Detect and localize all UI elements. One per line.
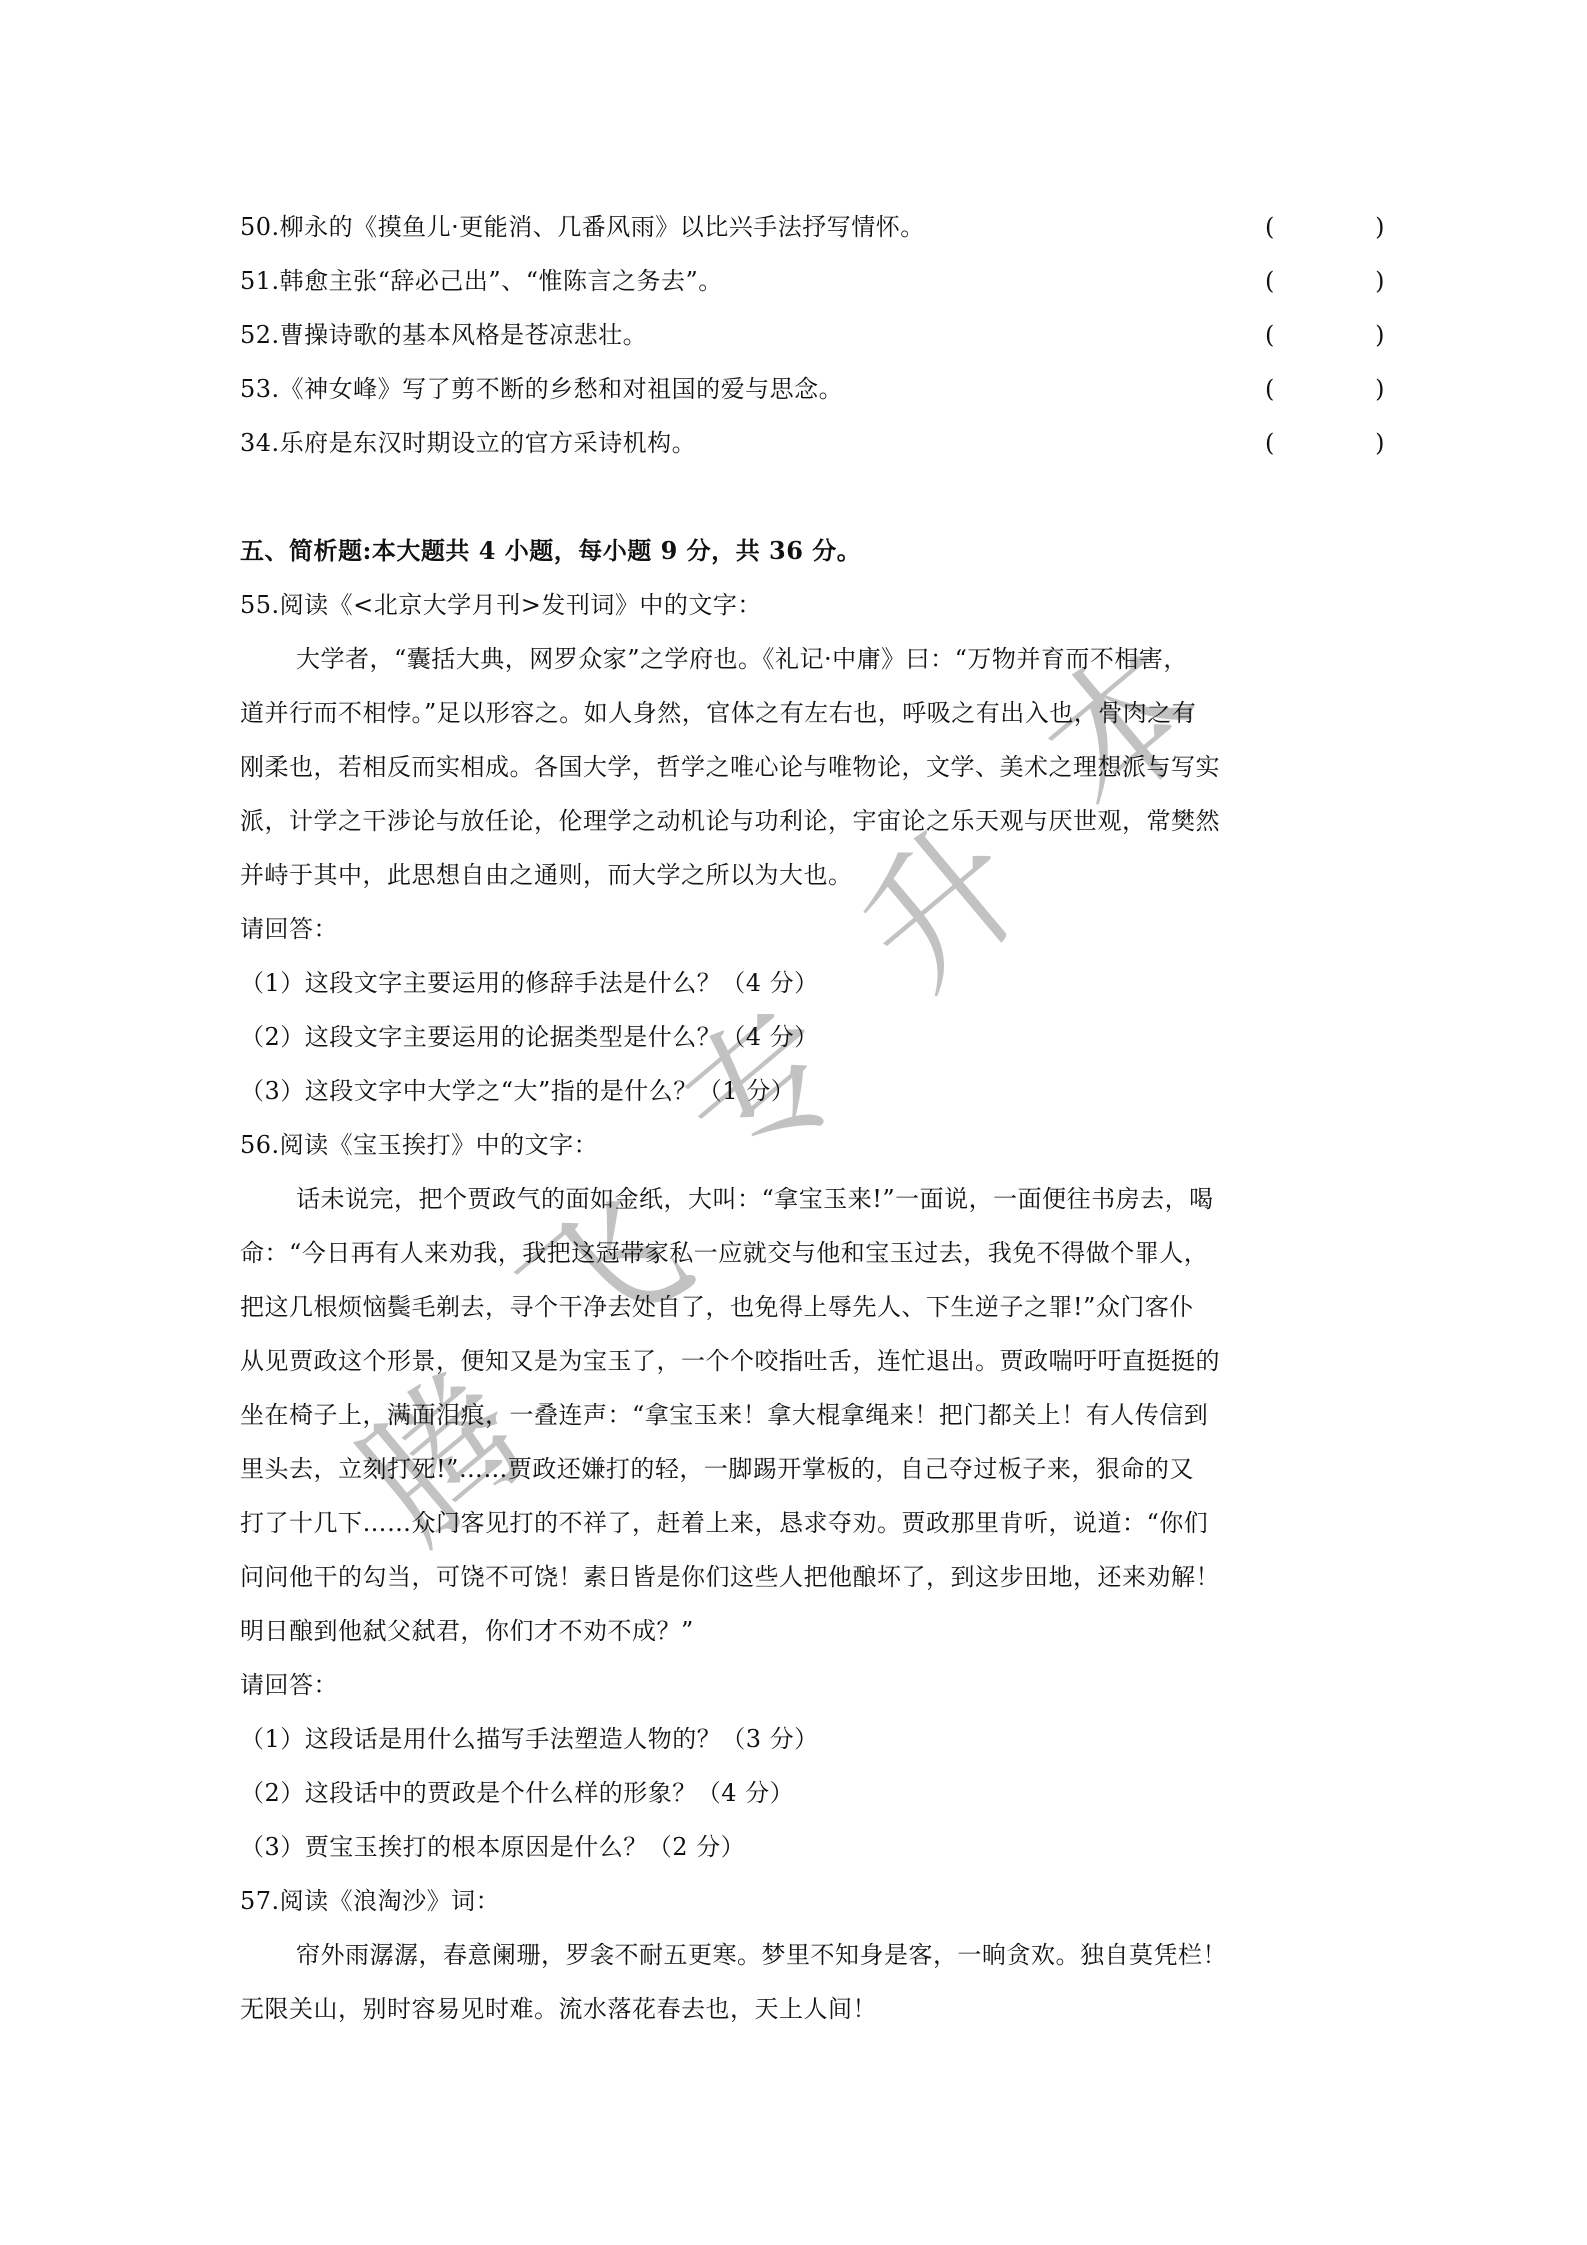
tf-question: 51.韩愈主张“辞必己出”、“惟陈言之务去”。 [240,266,723,296]
passage-line: 明日酿到他弑父弑君，你们才不劝不成？” [240,1616,1360,1646]
sub-question: （1）这段话是用什么描写手法塑造人物的？（3 分） [240,1724,1360,1754]
answer-prompt: 请回答： [240,1670,1360,1700]
sub-question: （1）这段文字主要运用的修辞手法是什么？（4 分） [240,968,1360,998]
passage-line: 大学者，“囊括大典，网罗众家”之学府也。《礼记·中庸》曰：“万物并育而不相害， [240,644,1416,674]
section-heading: 五、简析题:本大题共 4 小题，每小题 9 分，共 36 分。 [240,536,1360,566]
passage-line: 打了十几下……众门客见打的不祥了，赶着上来，恳求夺劝。贾政那里肯听，说道：“你们 [240,1508,1360,1538]
passage-line: 无限关山，别时容易见时难。流水落花春去也，天上人间！ [240,1994,1360,2024]
answer-bracket[interactable]: ( ) [1265,428,1385,458]
passage-line: 坐在椅子上，满面泪痕，一叠连声：“拿宝玉来！拿大棍拿绳来！把门都关上！有人传信到 [240,1400,1360,1430]
passage-line: 刚柔也，若相反而实相成。各国大学，哲学之唯心论与唯物论，文学、美术之理想派与写实 [240,752,1360,782]
question-title: 55.阅读《<北京大学月刊>发刊词》中的文字： [240,590,1360,620]
answer-bracket[interactable]: ( ) [1265,212,1385,242]
passage-line: 并峙于其中，此思想自由之通则，而大学之所以为大也。 [240,860,1360,890]
passage-line: 派，计学之干涉论与放任论，伦理学之动机论与功利论，宇宙论之乐天观与厌世观，常樊然 [240,806,1360,836]
passage-line: 道并行而不相悖。”足以形容之。如人身然，官体之有左右也，呼吸之有出入也，骨肉之有 [240,698,1360,728]
sub-question: （2）这段话中的贾政是个什么样的形象？（4 分） [240,1778,1360,1808]
passage-line: 命：“今日再有人来劝我，我把这冠带家私一应就交与他和宝玉过去，我免不得做个罪人， [240,1238,1360,1268]
passage-line: 里头去，立刻打死!”……贾政还嫌打的轻，一脚踢开掌板的，自己夺过板子来，狠命的又 [240,1454,1360,1484]
passage-line: 从见贾政这个形景，便知又是为宝玉了，一个个咬指吐舌，连忙退出。贾政喘吁吁直挺挺的 [240,1346,1360,1376]
passage-line: 话未说完，把个贾政气的面如金纸，大叫：“拿宝玉来!”一面说，一面便往书房去，喝 [240,1184,1416,1214]
answer-bracket[interactable]: ( ) [1265,320,1385,350]
tf-question: 53.《神女峰》写了剪不断的乡愁和对祖国的爱与思念。 [240,374,843,404]
question-title: 56.阅读《宝玉挨打》中的文字： [240,1130,1360,1160]
tf-question: 34.乐府是东汉时期设立的官方采诗机构。 [240,428,696,458]
answer-bracket[interactable]: ( ) [1265,374,1385,404]
exam-page: 腾 飞 专 升 本 50.柳永的《摸鱼儿·更能消、几番风雨》以比兴手法抒写情怀。… [0,0,1587,2245]
tf-question: 52.曹操诗歌的基本风格是苍凉悲壮。 [240,320,647,350]
passage-line: 把这几根烦恼鬓毛剃去，寻个干净去处自了，也免得上辱先人、下生逆子之罪!”众门客仆 [240,1292,1360,1322]
answer-bracket[interactable]: ( ) [1265,266,1385,296]
question-title: 57.阅读《浪淘沙》词： [240,1886,1360,1916]
tf-question: 50.柳永的《摸鱼儿·更能消、几番风雨》以比兴手法抒写情怀。 [240,212,925,242]
sub-question: （3）这段文字中大学之“大”指的是什么？（1 分） [240,1076,1360,1106]
sub-question: （3）贾宝玉挨打的根本原因是什么？（2 分） [240,1832,1360,1862]
answer-prompt: 请回答： [240,914,1360,944]
passage-line: 帘外雨潺潺，春意阑珊，罗衾不耐五更寒。梦里不知身是客，一晌贪欢。独自莫凭栏！ [240,1940,1416,1970]
sub-question: （2）这段文字主要运用的论据类型是什么？（4 分） [240,1022,1360,1052]
passage-line: 问问他干的勾当，可饶不可饶！素日皆是你们这些人把他酿坏了，到这步田地，还来劝解！ [240,1562,1360,1592]
